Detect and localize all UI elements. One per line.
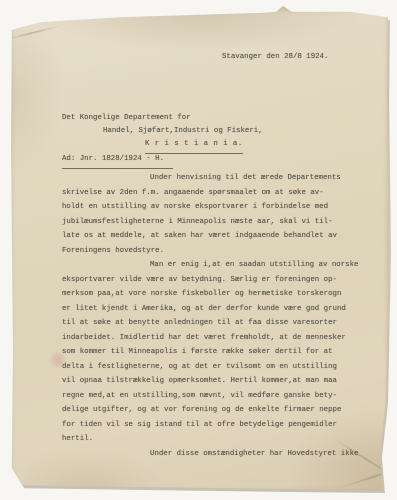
letter-line: delige utgifter, og at vor forening og d… bbox=[62, 403, 362, 418]
letter-line: merksom paa,at vore norske fiskeboller o… bbox=[62, 287, 362, 302]
letter-line: holdt en utstilling av norske eksportvar… bbox=[62, 200, 362, 215]
letter-line: skrivelse av 2den f.m. angaaende spørsma… bbox=[62, 186, 362, 201]
letter-line: indarbeidet. Imidlertid har det været fr… bbox=[62, 331, 362, 346]
letter-line: Under henvisning til det ærede Departeme… bbox=[62, 171, 362, 186]
letter-line: til at søke at benytte anledningen til a… bbox=[62, 316, 362, 331]
reference-line: Ad: Jnr. 1828/1924 - H. bbox=[62, 152, 173, 169]
letter-body: Under henvisning til det ærede Departeme… bbox=[62, 171, 362, 461]
letter-line: som kommer til Minneapolis i første rækk… bbox=[62, 345, 362, 360]
letter-line: er litet kjendt i Amerika, og at der der… bbox=[62, 302, 362, 317]
letter-paper: Stavanger den 28/8 1924. Det Kongelige D… bbox=[8, 6, 391, 494]
letter-line: Under disse omstændigheter har Hovedstyr… bbox=[62, 447, 362, 462]
letter-line: Man er enig i,at en saadan utstilling av… bbox=[62, 258, 362, 273]
scan-background: Stavanger den 28/8 1924. Det Kongelige D… bbox=[0, 0, 397, 500]
date-line: Stavanger den 28/8 1924. bbox=[222, 50, 328, 65]
letter-line: late os at meddele, at saken har været i… bbox=[62, 229, 362, 244]
letter-line: eksportvarer vilde være av betydning. Sæ… bbox=[62, 273, 362, 288]
letter-line: regne med,at en utstilling,som nævnt, vi… bbox=[62, 389, 362, 404]
letter-line: vil opnaa tilstrækkelig opmerksomhet. He… bbox=[62, 374, 362, 389]
letter-line: for tiden vil se sig istand til at ofre … bbox=[62, 418, 362, 433]
reference-underlined: Ad: Jnr. 1828/1924 - H. bbox=[62, 152, 173, 169]
paper-crease bbox=[339, 465, 397, 488]
letter-line: hertil. bbox=[62, 432, 362, 447]
paper-crease bbox=[3, 25, 62, 41]
letter-line: Foreningens hovedstyre. bbox=[62, 244, 362, 259]
letter-line: jubilæumsfestligheterne i Minneapolis næ… bbox=[62, 215, 362, 230]
letter-line: delta i festligheterne, og at det er tvi… bbox=[62, 360, 362, 375]
